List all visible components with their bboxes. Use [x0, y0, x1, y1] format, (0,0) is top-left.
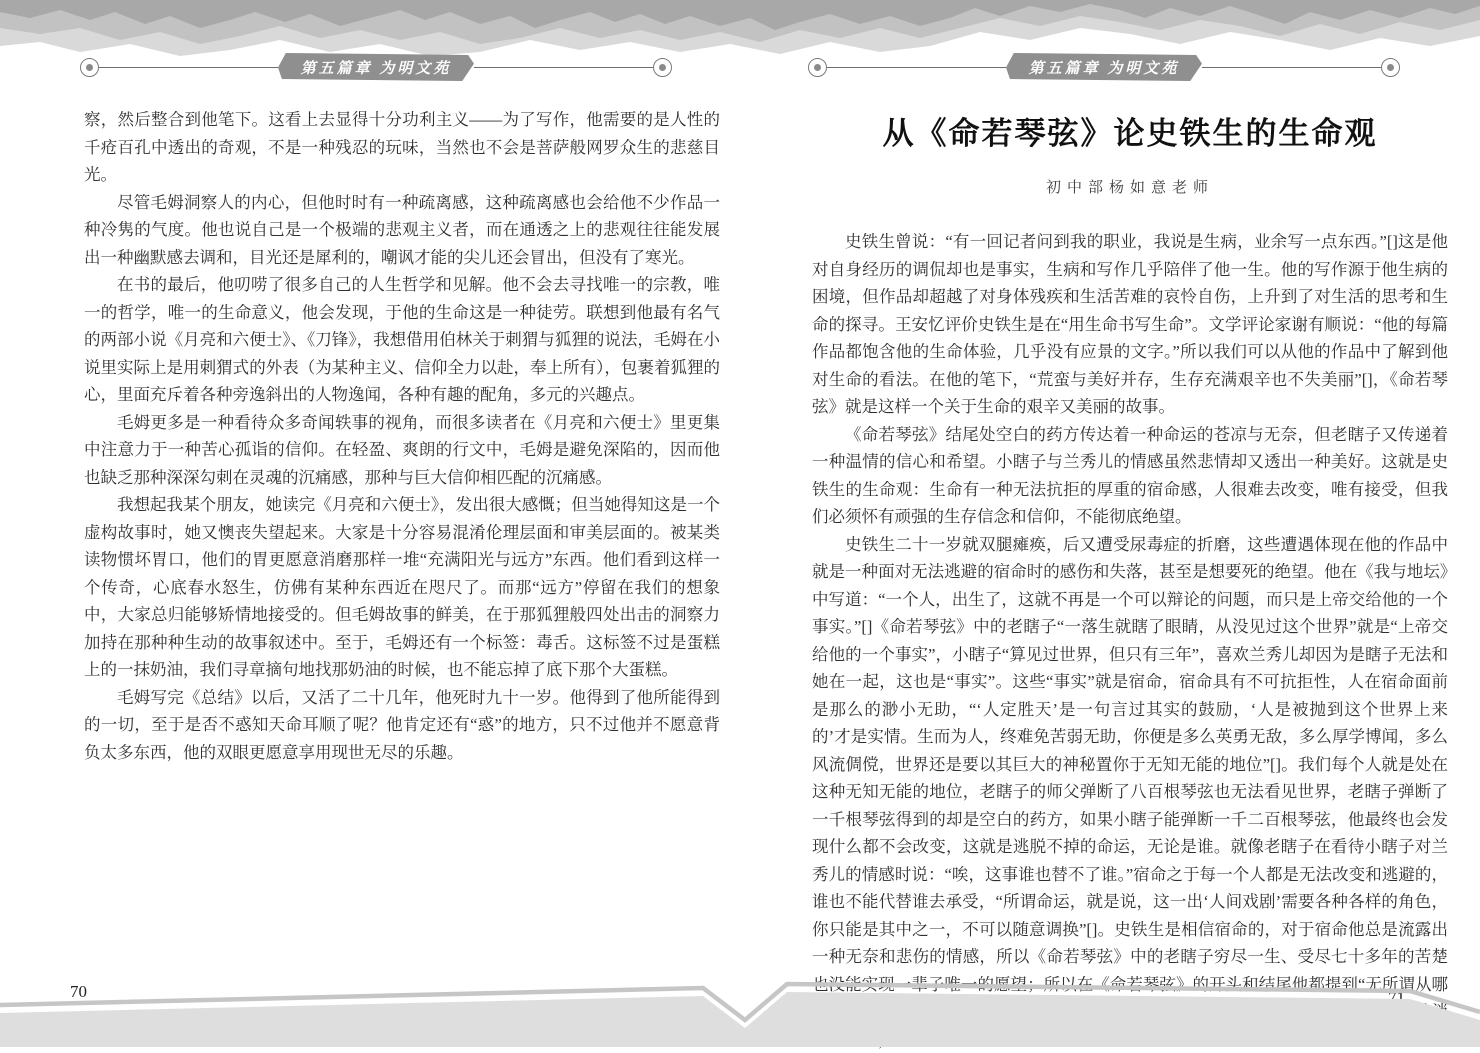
paragraph: 我想起我某个朋友，她读完《月亮和六便士》，发出很大感慨；但当她得知这是一个虚构故…: [84, 491, 720, 684]
header-rule-line: [1202, 67, 1381, 68]
header-rule-line: [99, 67, 278, 68]
right-page-article-body: 史铁生曾说：“有一回记者问到我的职业，我说是生病，业余写一点东西。”[]这是他对…: [812, 228, 1448, 1047]
chapter-banner: 第五篇章 为明文苑: [1006, 53, 1202, 81]
chapter-header-left-page: 第五篇章 为明文苑: [80, 52, 672, 82]
circle-ornament-icon: [1381, 58, 1400, 77]
header-rule-line: [827, 67, 1006, 68]
paragraph: 《命若琴弦》结尾处空白的药方传达着一种命运的苍凉与无奈，但老瞎子又传递着一种温情…: [812, 421, 1448, 531]
circle-ornament-icon: [653, 58, 672, 77]
header-rule-line: [474, 67, 653, 68]
article-author: 初中部杨如意老师: [812, 176, 1448, 197]
circle-ornament-icon: [808, 58, 827, 77]
paragraph: 毛姆写完《总结》以后，又活了二十几年，他死时九十一岁。他得到了他所能得到的一切，…: [84, 684, 720, 767]
paragraph: 察，然后整合到他笔下。这看上去显得十分功利主义——为了写作，他需要的是人性的千疮…: [84, 106, 720, 189]
chapter-banner: 第五篇章 为明文苑: [278, 53, 474, 81]
paragraph: 史铁生曾说：“有一回记者问到我的职业，我说是生病，业余写一点东西。”[]这是他对…: [812, 228, 1448, 421]
chapter-header-right-page: 第五篇章 为明文苑: [808, 52, 1400, 82]
circle-ornament-icon: [80, 58, 99, 77]
page-bottom-edge: [0, 952, 1480, 1047]
torn-paper-top-edge: [0, 0, 1480, 60]
book-spread: 第五篇章 为明文苑 第五篇章 为明文苑 察，然后整合到他笔下。这看上去显得十分功…: [0, 0, 1480, 1047]
article-title: 从《命若琴弦》论史铁生的生命观: [812, 108, 1448, 153]
paragraph: 毛姆更多是一种看待众多奇闻轶事的视角，而很多读者在《月亮和六便士》里更集中注意力…: [84, 409, 720, 492]
left-page-article-body: 察，然后整合到他笔下。这看上去显得十分功利主义——为了写作，他需要的是人性的千疮…: [84, 106, 720, 766]
paragraph: 在书的最后，他叨唠了很多自己的人生哲学和见解。他不会去寻找唯一的宗教，唯一的哲学…: [84, 271, 720, 409]
paragraph: 尽管毛姆洞察人的内心，但他时时有一种疏离感，这种疏离感也会给他不少作品一种冷隽的…: [84, 189, 720, 272]
